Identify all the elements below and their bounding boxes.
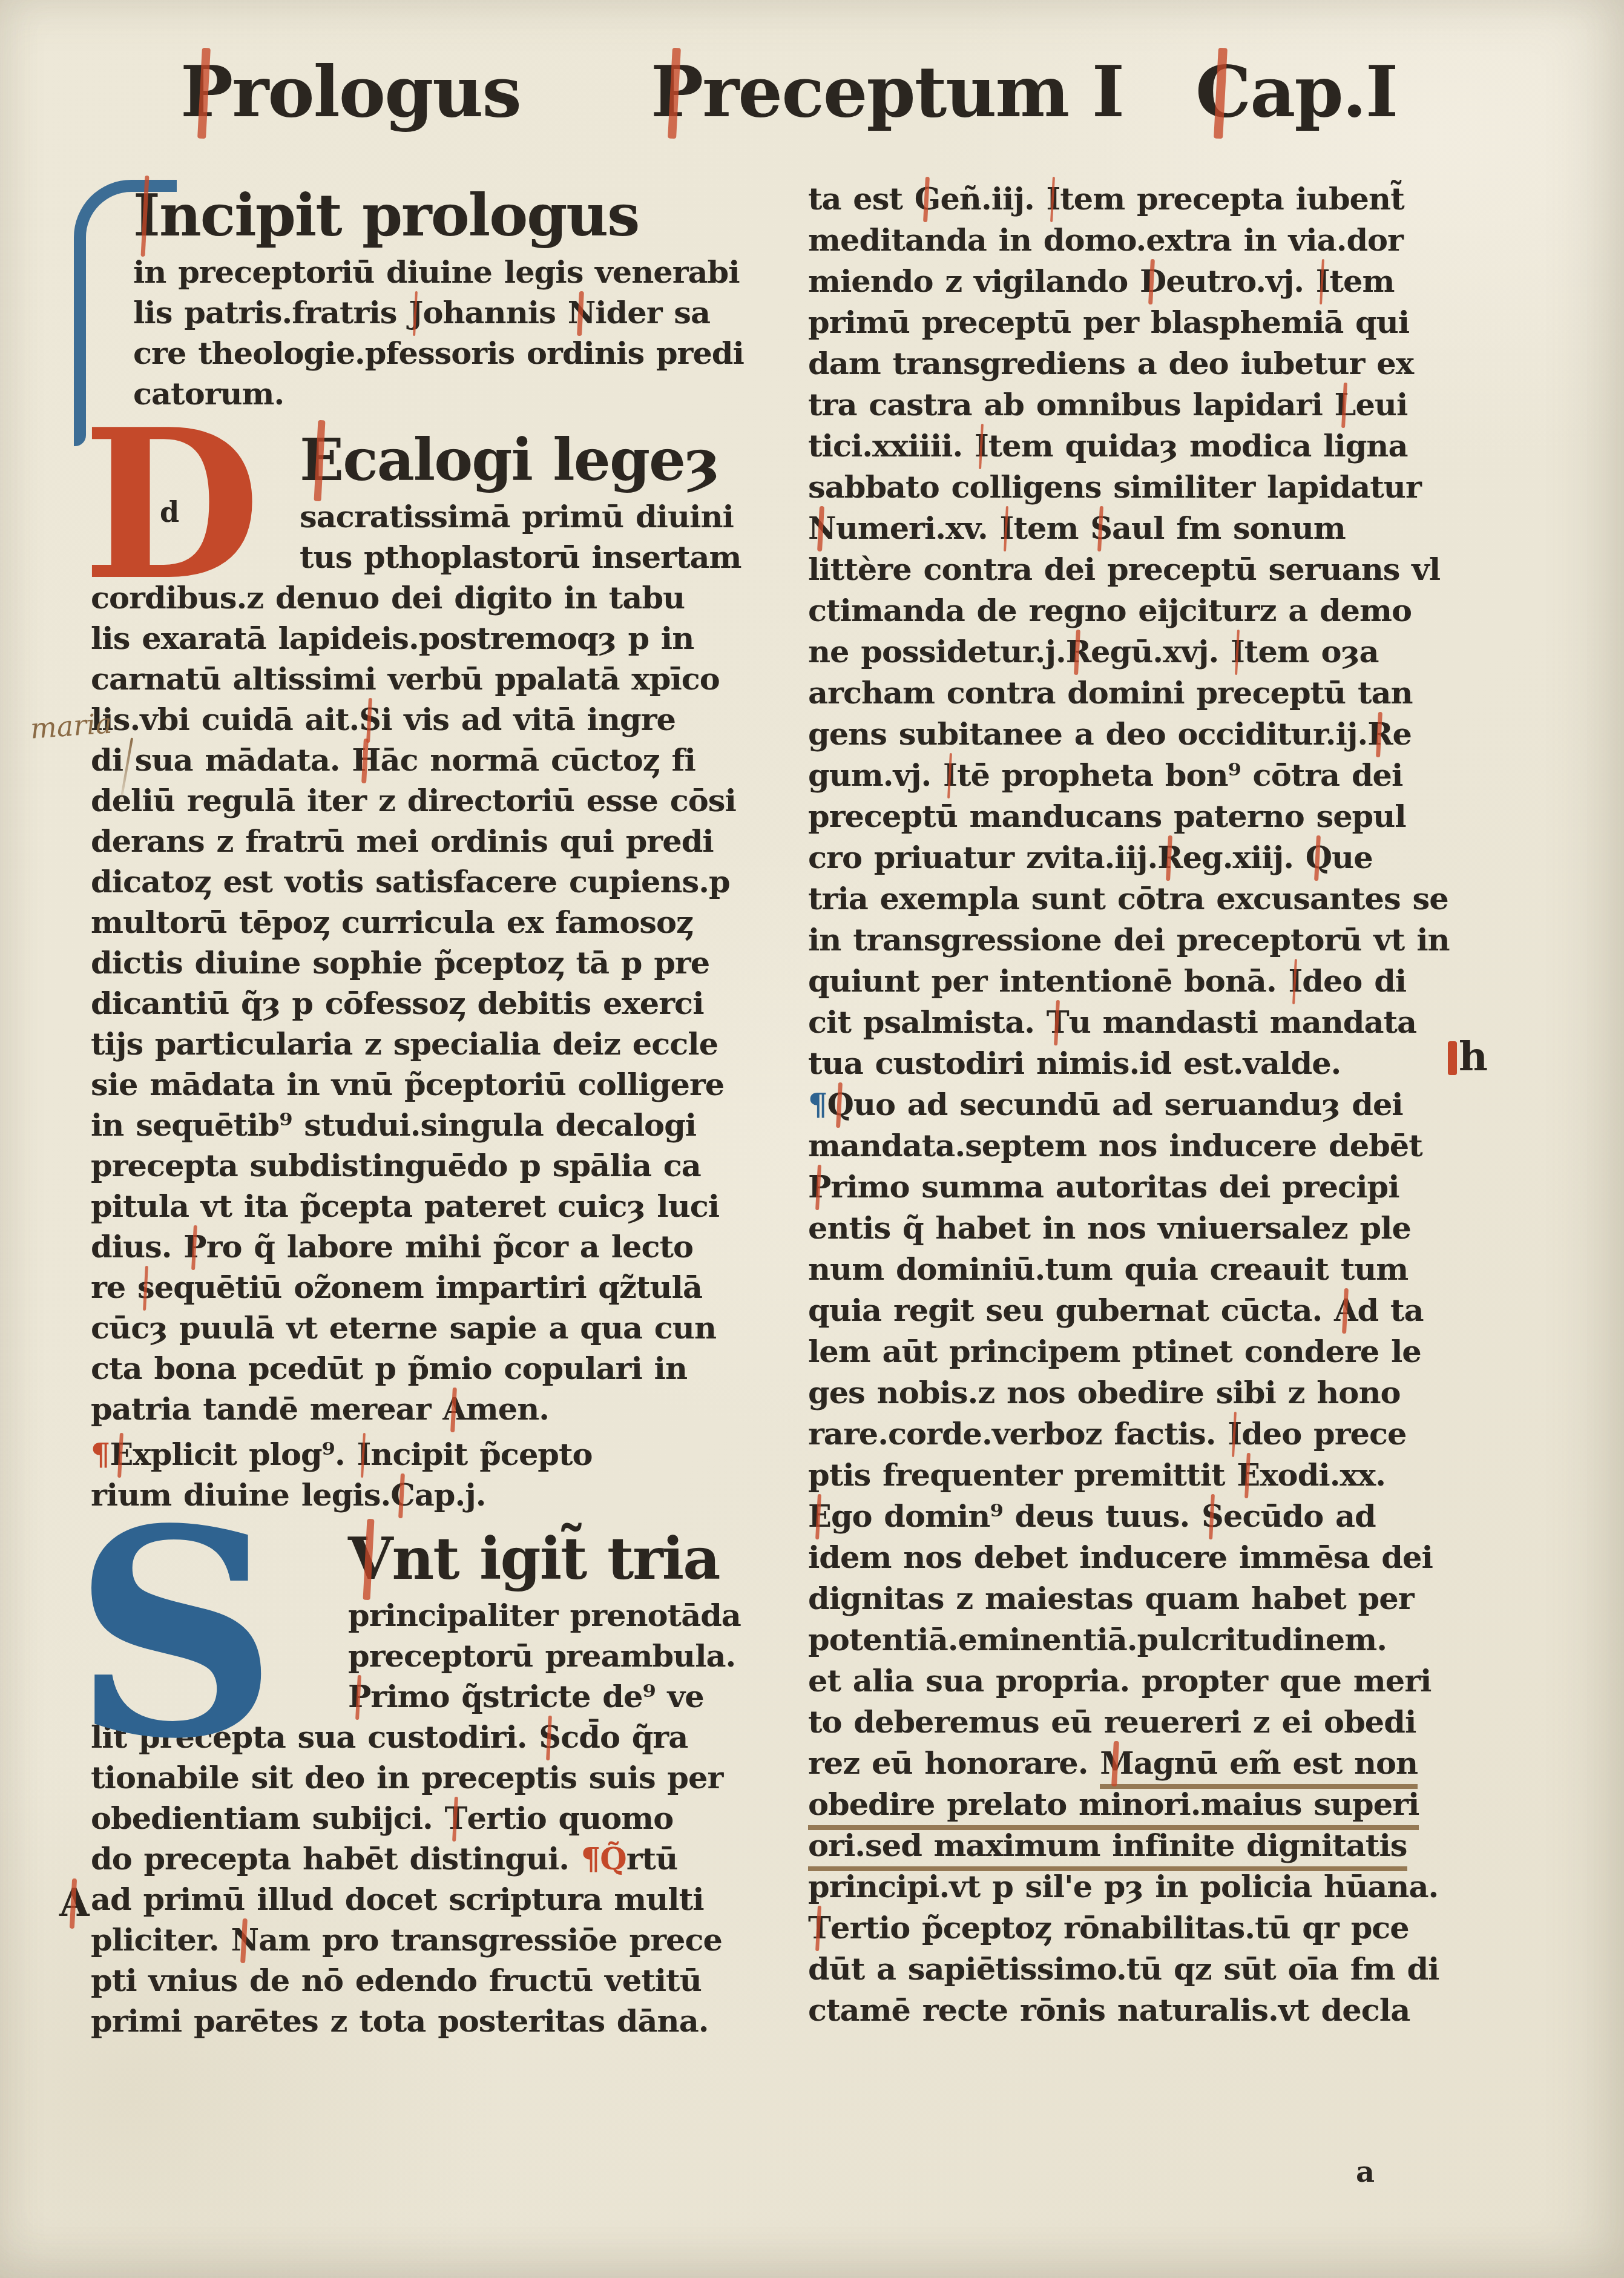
text-line: derans z fratrū mei ordinis qui predi xyxy=(91,821,787,862)
explicit-incipit-rubric: ¶Explicit plog⁹. Incipit p̃ceptorium diu… xyxy=(91,1435,787,1516)
text-line: deliū regulā iter z directoriū esse cōsi xyxy=(91,781,787,821)
sunt-hang: Vnt igit̃ tria principaliter prenotādapr… xyxy=(348,1522,787,1717)
text-line: principaliter prenotāda xyxy=(348,1596,787,1636)
text-line: miendo z vigilando Deutro.vj. Item xyxy=(808,261,1477,302)
text-line: in preceptoriū diuine legis venerabi xyxy=(133,252,787,293)
text-line: ges nobis.z nos obedire sibi z hono xyxy=(808,1372,1477,1414)
text-line: ¶Quo ad secundū ad seruanduȝ dei xyxy=(808,1084,1477,1125)
text-line: obedientiam subijci. Tertio quomo xyxy=(91,1799,787,1839)
blue-flourish-ornament xyxy=(74,180,177,431)
text-line: lis patris.fratris Johannis Nider sa xyxy=(133,293,787,334)
text-line: patria tandē merear Amen. xyxy=(91,1389,787,1430)
decalogi-section: D d Ecalogi legeȝ sacratissimā primū diu… xyxy=(91,423,787,1430)
left-text-column: Incipit prologus in preceptoriū diuine l… xyxy=(91,179,787,2042)
text-line: ctimanda de regno eijciturz a demo xyxy=(808,590,1477,631)
text-line: pti vnius de nō edendo fructū vetitū xyxy=(91,1961,787,2001)
text-line: ptis frequenter premittit Exodi.xx. xyxy=(808,1455,1477,1496)
text-line: cit psalmista. Tu mandasti mandata xyxy=(808,1002,1477,1043)
incipit-lines: in preceptoriū diuine legis venerabilis … xyxy=(133,252,787,415)
text-line: preceptū manducans paterno sepul xyxy=(808,796,1477,837)
text-line: obedire prelato minori.maius superi xyxy=(808,1784,1477,1825)
text-line: primi parētes z tota posteritas dāna. xyxy=(91,2001,787,2042)
text-line: Numeri.xv. Item Saul fm sonum xyxy=(808,508,1477,549)
text-line: carnatū altissimi verbū ppalatā xpīco xyxy=(91,659,787,700)
text-line: tici.xxiiii. Item quidaȝ modica ligna xyxy=(808,426,1477,467)
sunt-hang-lines: principaliter prenotādapreceptorū preamb… xyxy=(348,1596,787,1717)
text-line: ¶Explicit plog⁹. Incipit p̃cepto xyxy=(91,1435,787,1475)
text-line: primū preceptū per blasphemiā qui xyxy=(808,302,1477,343)
text-line: quia regit seu gubernat cūcta. Ad ta xyxy=(808,1290,1477,1331)
running-head-preceptum: Preceptum I xyxy=(651,51,1123,133)
text-line: dignitas z maiestas quam habet per xyxy=(808,1578,1477,1619)
margin-letter-A: A xyxy=(59,1880,90,1926)
text-line: precepta subdistinguēdo p spālia ca xyxy=(91,1146,787,1187)
text-line: mandata.septem nos inducere debēt xyxy=(808,1125,1477,1167)
decalogi-heading: Ecalogi legeȝ xyxy=(300,423,787,497)
explicit-lines: ¶Explicit plog⁹. Incipit p̃ceptorium diu… xyxy=(91,1435,787,1516)
text-line: preceptorū preambula. xyxy=(348,1636,787,1677)
text-line: dam transgrediens a deo iubetur ex xyxy=(808,343,1477,384)
text-line: cūcȝ puulā vt eterne sapie a qua cun xyxy=(91,1308,787,1349)
text-line: rez eū honorare. Magnū em̃ est non xyxy=(808,1743,1477,1784)
text-line: to deberemus eū reuereri z ei obedi xyxy=(808,1702,1477,1743)
text-line: Primo q̃stricte de⁹ ve xyxy=(348,1677,787,1717)
text-line: cta bona pcedūt p p̃mio copulari in xyxy=(91,1349,787,1389)
decalogi-hang: Ecalogi legeȝ sacratissimā primū diuinit… xyxy=(300,423,787,578)
incipit-prologus-section: Incipit prologus in preceptoriū diuine l… xyxy=(91,179,787,415)
text-line: littère contra dei preceptū seruans vl xyxy=(808,549,1477,590)
text-line: archam contra domini preceptū tan xyxy=(808,673,1477,714)
margin-letter-glyph: h xyxy=(1459,1033,1488,1080)
text-line: tionabile sit deo in preceptis suis per xyxy=(91,1758,787,1799)
red-stroke xyxy=(1448,1041,1457,1075)
text-line: rium diuine legis.Cap.j. xyxy=(91,1475,787,1516)
text-line: tria exempla sunt cōtra excusantes se xyxy=(808,878,1477,920)
text-line: lem aūt principem ptinet condere le xyxy=(808,1331,1477,1372)
text-line: tijs particularia z specialia deiz eccle xyxy=(91,1024,787,1065)
sunt-igitur-section: S Vnt igit̃ tria principaliter prenotāda… xyxy=(91,1522,787,2042)
text-line: dicatoȥ est votis satisfacere cupiens.p xyxy=(91,862,787,903)
text-line: pliciter. Nam pro transgressiōe prece xyxy=(91,1920,787,1961)
running-head-cap: Cap.I xyxy=(1195,51,1397,133)
text-line: rare.corde.verboz factis. Ideo prece xyxy=(808,1414,1477,1455)
text-line: cro priuatur zvita.iij.Reg.xiij. Que xyxy=(808,837,1477,878)
text-line: dictis diuine sophie p̃ceptoȥ tā p pre xyxy=(91,943,787,984)
text-line: Primo summa autoritas dei precipi xyxy=(808,1167,1477,1208)
decalogi-lines: cordibus.z denuo dei digito in tabulis e… xyxy=(91,578,787,1430)
text-line: quiunt per intentionē bonā. Ideo di xyxy=(808,961,1477,1002)
text-line: ne possidetur.j.Regū.xvj. Item oȝa xyxy=(808,631,1477,673)
text-line: lis.vbi cuidā ait.Si vis ad vitā ingre xyxy=(91,700,787,740)
margin-letter-h: h xyxy=(1448,1033,1488,1080)
sunt-lines: lit precepta sua custodiri. Scd̄o q̃rati… xyxy=(91,1717,787,2042)
text-line: num dominiū.tum quia creauit tum xyxy=(808,1249,1477,1290)
text-line: ta est Geñ.iij. Item precepta iubent̃ xyxy=(808,179,1477,220)
text-line: dicantiū q̃ȝ p cōfessoȥ debitis exerci xyxy=(91,984,787,1024)
text-line: re sequētiū oz̃onem impartiri qz̃tulā xyxy=(91,1268,787,1308)
text-line: dūt a sapiētissimo.tū qz sūt oīa fm di xyxy=(808,1949,1477,1990)
text-line: sie mādata in vnū p̃ceptoriū colligere xyxy=(91,1065,787,1105)
text-line: sabbato colligens similiter lapidatur xyxy=(808,467,1477,508)
text-line: gens subitanee a deo occiditur.ij.Re xyxy=(808,714,1477,755)
guide-letter: d xyxy=(160,498,179,526)
text-line: meditanda in domo.extra in via.dor xyxy=(808,220,1477,261)
text-line: tua custodiri nimis.id est.valde. xyxy=(808,1043,1477,1084)
running-head: Prologus Preceptum I Cap.I xyxy=(0,51,1624,148)
text-line: potentiā.eminentiā.pulcritudinem. xyxy=(808,1619,1477,1661)
text-line: lis exaratā lapideis.postremoqȝ p in xyxy=(91,619,787,659)
text-line: ctamē recte rōnis naturalis.vt decla xyxy=(808,1990,1477,2031)
text-line: pitula vt ita p̃cepta pateret cuicȝ luci xyxy=(91,1187,787,1227)
sunt-heading: Vnt igit̃ tria xyxy=(348,1522,787,1596)
incunable-page: Prologus Preceptum I Cap.I Incipit prolo… xyxy=(0,0,1624,2278)
text-line: et alia sua propria. propter que meri xyxy=(808,1661,1477,1702)
text-line: di sua mādata. Hāc normā cūctoȥ fi xyxy=(91,740,787,781)
right-text-column: ta est Geñ.iij. Item precepta iubent̃med… xyxy=(808,179,1477,2031)
text-line: dius. Pro q̃ labore mihi p̃cor a lecto xyxy=(91,1227,787,1268)
text-line: lit precepta sua custodiri. Scd̄o q̃ra xyxy=(91,1717,787,1758)
text-line: Tertio p̃ceptoȥ rōnabilitas.tū qr pce xyxy=(808,1908,1477,1949)
text-line: in sequētib⁹ studui.singula decalogi xyxy=(91,1105,787,1146)
text-line: catorum. xyxy=(133,374,787,415)
text-line: Ego domin⁹ deus tuus. Secūdo ad xyxy=(808,1496,1477,1537)
decorated-initial-D: D d xyxy=(82,415,260,596)
text-line: gum.vj. Itē propheta bon⁹ cōtra dei xyxy=(808,755,1477,796)
text-line: ad primū illud docet scriptura multi xyxy=(91,1880,787,1920)
text-line: do precepta habēt distingui. ¶Q̃rtū xyxy=(91,1839,787,1880)
text-line: tra castra ab omnibus lapidari Leui xyxy=(808,384,1477,426)
text-line: entis q̃ habet in nos vniuersalez ple xyxy=(808,1208,1477,1249)
handwritten-margin-note: maria xyxy=(29,706,113,745)
text-line: tus pthoplastorū insertam xyxy=(300,538,787,578)
text-line: multorū tēpoȥ curricula ex famosoȥ xyxy=(91,903,787,943)
text-line: sacratissimā primū diuini xyxy=(300,497,787,538)
text-line: cordibus.z denuo dei digito in tabu xyxy=(91,578,787,619)
text-line: ori.sed maximum infinite dignitatis xyxy=(808,1825,1477,1866)
incipit-heading: Incipit prologus xyxy=(133,179,787,252)
right-column-lines: ta est Geñ.iij. Item precepta iubent̃med… xyxy=(808,179,1477,2031)
text-line: idem nos debet inducere immēsa dei xyxy=(808,1537,1477,1578)
text-line: principi.vt p sil'e pȝ in policia hūana. xyxy=(808,1866,1477,1908)
text-line: cre theologie.pfessoris ordinis predi xyxy=(133,334,787,374)
text-line: in transgressione dei preceptorū vt in xyxy=(808,920,1477,961)
running-head-prologus: Prologus xyxy=(180,51,521,133)
gathering-signature: a xyxy=(1356,2155,1375,2189)
decalogi-hang-lines: sacratissimā primū diuinitus pthoplastor… xyxy=(300,497,787,578)
